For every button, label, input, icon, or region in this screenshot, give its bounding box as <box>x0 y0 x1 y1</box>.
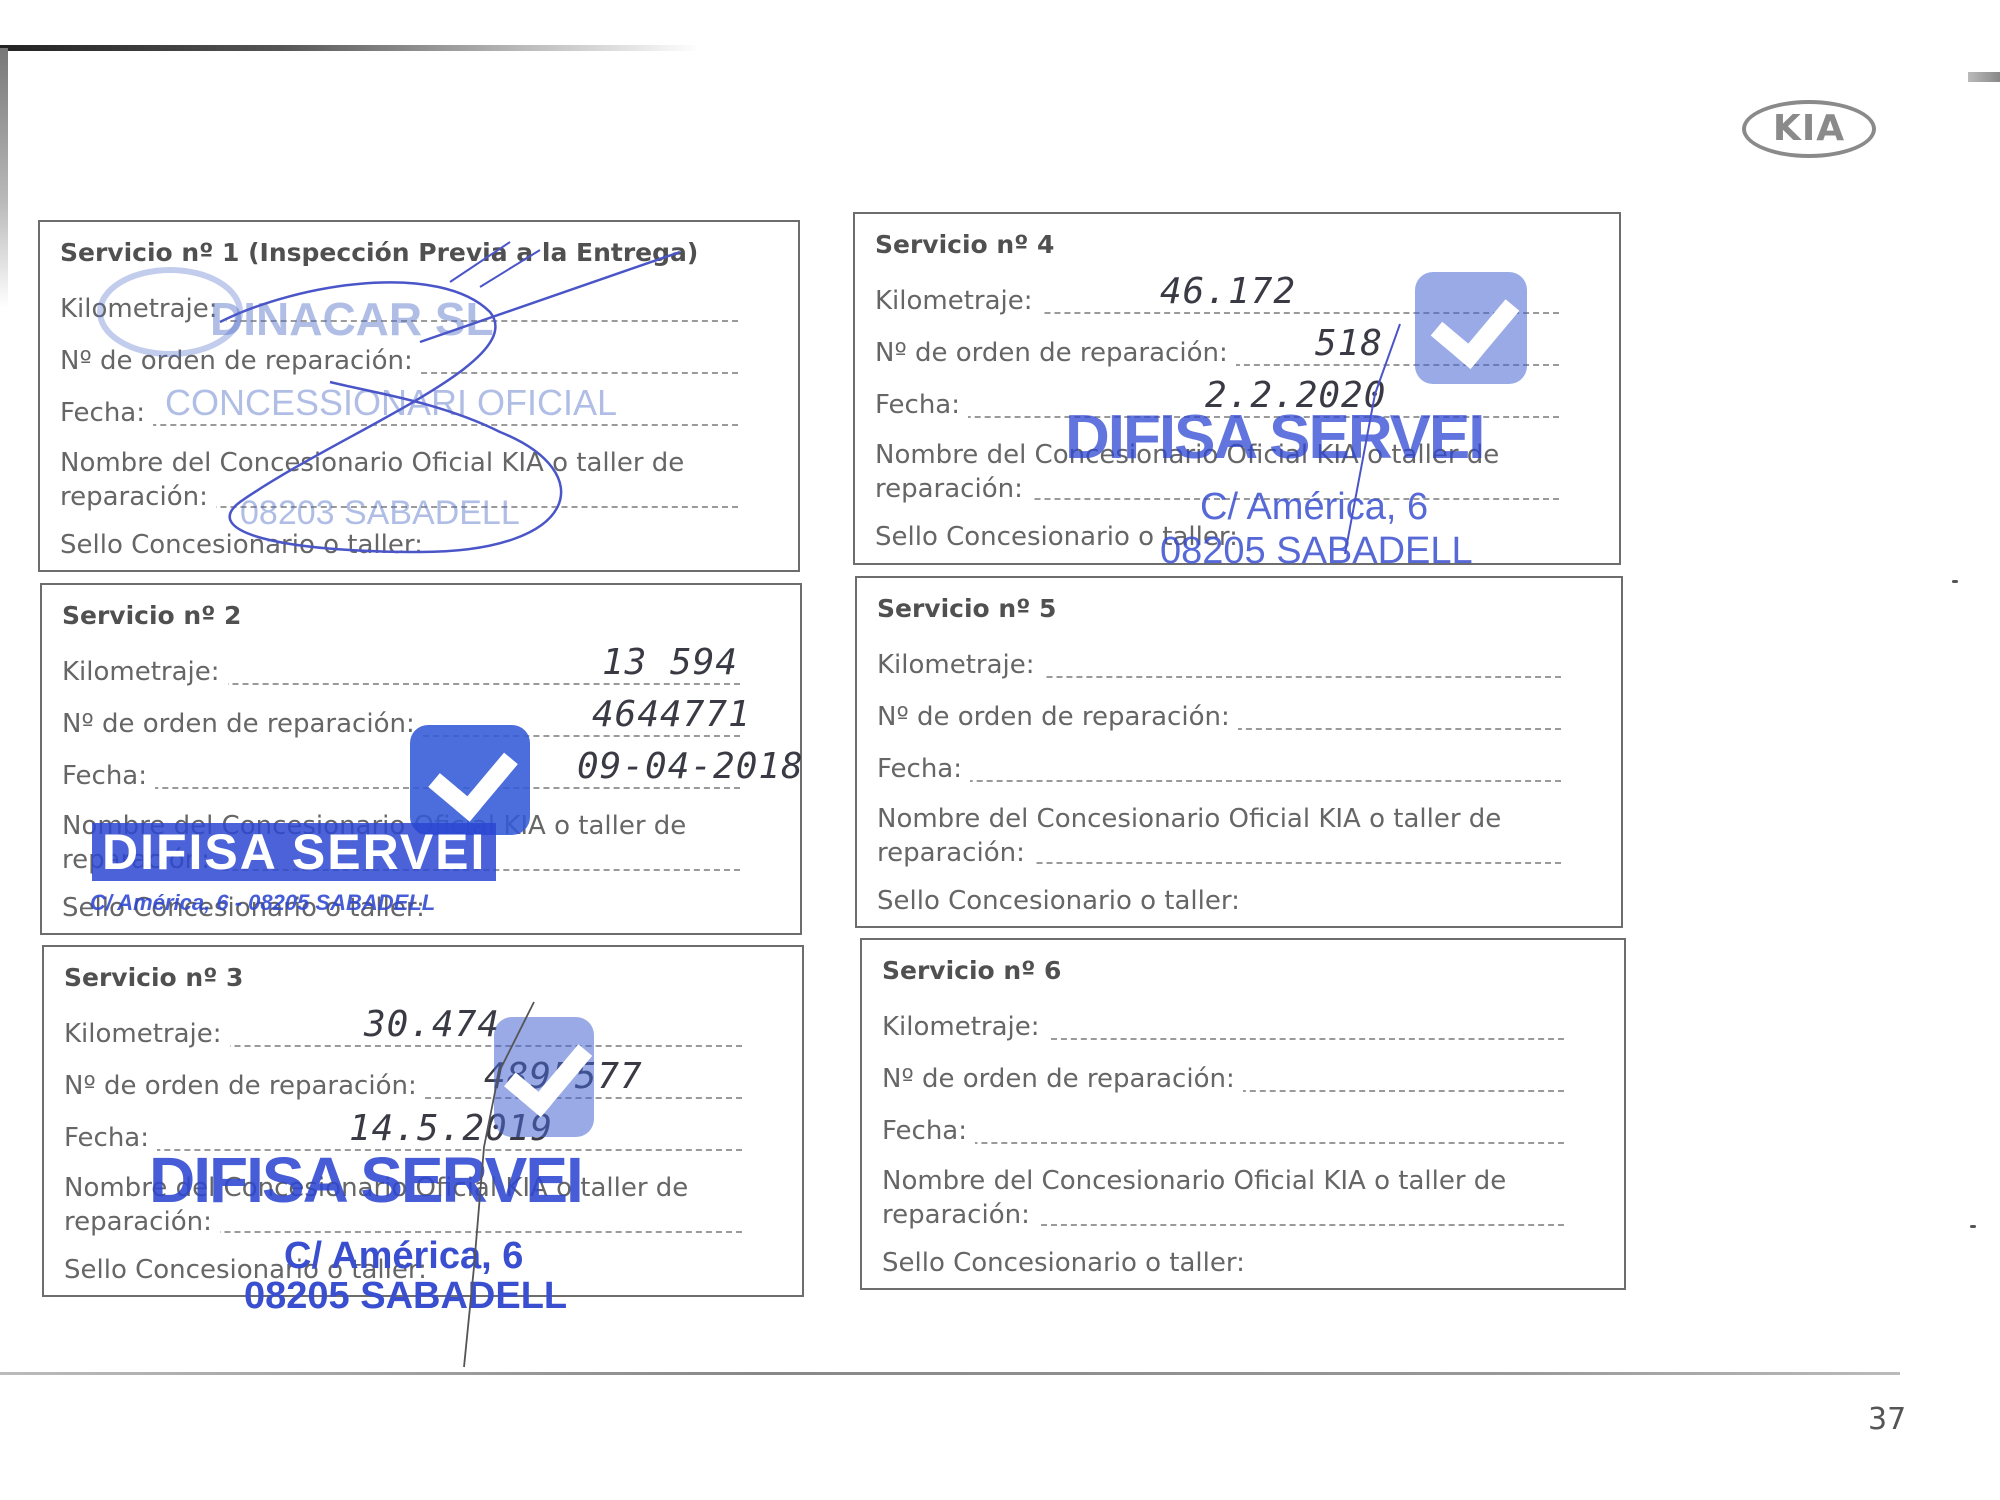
nombre-label: Nombre del Concesionario Oficial KIA o t… <box>877 804 1501 834</box>
service-title: Servicio nº 1 (Inspección Previa a la En… <box>60 238 698 267</box>
fecha-label: Fecha: <box>882 1116 975 1146</box>
nombre-field[interactable]: Nombre del Concesionario Oficial KIA o t… <box>882 1166 1564 1232</box>
nombre-label-cont: reparación: <box>882 1200 1038 1230</box>
fecha-label: Fecha: <box>877 754 970 784</box>
nombre-label: Nombre del Concesionario Oficial KIA o t… <box>60 448 684 478</box>
kilometraje-label: Kilometraje: <box>875 286 1041 316</box>
dealer-stamp-city: 08205 SABADELL <box>1160 530 1473 573</box>
dealer-stamp-address: C/ América, 6 - 08205 SABADELL <box>90 890 435 916</box>
fecha-field[interactable]: Fecha: 09-04-2018 <box>62 759 740 793</box>
service-card-3: Servicio nº 3 Kilometraje: 30.474 Nº de … <box>42 945 804 1297</box>
checkmark-stamp-icon <box>1415 272 1527 384</box>
service-card-4: Servicio nº 4 Kilometraje: 46.172 Nº de … <box>853 212 1621 565</box>
kia-logo-text: KIA <box>1773 111 1845 147</box>
service-title: Servicio nº 6 <box>882 956 1061 985</box>
fecha-label: Fecha: <box>64 1123 157 1153</box>
kilometraje-value: 30.474 <box>364 1004 500 1045</box>
kilometraje-value: 13 594 <box>602 642 738 683</box>
dealer-stamp-name: DINACAR SL <box>210 292 494 346</box>
scan-edge-shadow-left <box>0 48 8 308</box>
scan-edge-shadow-top <box>0 45 700 51</box>
kilometraje-label: Kilometraje: <box>877 650 1043 680</box>
service-card-5: Servicio nº 5 Kilometraje: Nº de orden d… <box>855 576 1623 928</box>
dealer-stamp-name: DIFISA SERVEI <box>92 823 496 881</box>
orden-field[interactable]: Nº de orden de reparación: 4644771 <box>62 707 740 741</box>
orden-field[interactable]: Nº de orden de reparación: <box>882 1062 1564 1096</box>
checkmark-stamp-icon <box>410 725 530 835</box>
dealer-stamp-city: 08205 SABADELL <box>244 1275 567 1318</box>
orden-label: Nº de orden de reparación: <box>875 338 1236 368</box>
orden-label: Nº de orden de reparación: <box>877 702 1238 732</box>
kilometraje-field[interactable]: Kilometraje: <box>877 648 1561 682</box>
service-title: Servicio nº 4 <box>875 230 1054 259</box>
orden-value: 518 <box>1315 323 1383 364</box>
service-card-2: Servicio nº 2 Kilometraje: 13 594 Nº de … <box>40 583 802 935</box>
kilometraje-label: Kilometraje: <box>64 1019 230 1049</box>
service-title: Servicio nº 5 <box>877 594 1056 623</box>
service-title: Servicio nº 3 <box>64 963 243 992</box>
nombre-label: Nombre del Concesionario Oficial KIA o t… <box>882 1166 1506 1196</box>
orden-field[interactable]: Nº de orden de reparación: 4895577 <box>64 1069 742 1103</box>
kilometraje-field[interactable]: Kilometraje: 13 594 <box>62 655 740 689</box>
fill-line <box>60 424 738 426</box>
service-title: Servicio nº 2 <box>62 601 241 630</box>
kilometraje-label: Kilometraje: <box>882 1012 1048 1042</box>
kilometraje-label: Kilometraje: <box>62 657 228 687</box>
checkmark-stamp-icon <box>494 1017 594 1137</box>
scan-speck <box>1970 1225 1976 1228</box>
orden-label: Nº de orden de reparación: <box>882 1064 1243 1094</box>
nombre-label-cont: reparación: <box>875 474 1031 504</box>
kilometraje-field[interactable]: Kilometraje: <box>882 1010 1564 1044</box>
dealer-stamp-name: DIFISA SERVEI <box>149 1143 582 1217</box>
footer-rule <box>0 1372 1900 1375</box>
orden-field[interactable]: Nº de orden de reparación: <box>877 700 1561 734</box>
kilometraje-field[interactable]: Kilometraje: 30.474 <box>64 1017 742 1051</box>
fecha-label: Fecha: <box>875 390 968 420</box>
nombre-label-cont: reparación: <box>60 482 216 512</box>
orden-label: Nº de orden de reparación: <box>64 1071 425 1101</box>
nombre-label-cont: reparación: <box>877 838 1033 868</box>
kilometraje-label: Kilometraje: <box>60 294 226 324</box>
fecha-label: Fecha: <box>62 761 155 791</box>
sello-label: Sello Concesionario o taller: <box>60 530 423 560</box>
fecha-field[interactable]: Fecha: <box>882 1114 1564 1148</box>
dealer-stamp-subtitle: CONCESSIONARI OFICIAL <box>165 382 617 424</box>
nombre-field[interactable]: Nombre del Concesionario Oficial KIA o t… <box>877 804 1561 870</box>
fill-line <box>62 787 740 789</box>
fecha-label: Fecha: <box>60 398 153 428</box>
sello-label: Sello Concesionario o taller: <box>882 1248 1245 1278</box>
fill-line <box>877 780 1561 782</box>
service-card-1: Servicio nº 1 (Inspección Previa a la En… <box>38 220 800 572</box>
fill-line <box>882 1142 1564 1144</box>
scan-speck <box>1952 580 1958 583</box>
dealer-stamp-street: C/ América, 6 <box>284 1235 523 1278</box>
fecha-field[interactable]: Fecha: <box>877 752 1561 786</box>
page-number: 37 <box>1868 1402 1906 1437</box>
fecha-value: 09-04-2018 <box>577 746 804 787</box>
dealer-stamp-name: DIFISA SERVEI <box>1065 402 1483 473</box>
dealer-stamp-address: 08203 SABADELL <box>240 494 520 533</box>
dealer-stamp-street: C/ América, 6 <box>1200 486 1428 529</box>
scan-edge-mark-right <box>1968 72 2000 82</box>
orden-field[interactable]: Nº de orden de reparación: <box>60 344 738 378</box>
sello-label: Sello Concesionario o taller: <box>877 886 1240 916</box>
kilometraje-value: 46.172 <box>1160 271 1296 312</box>
kia-logo: KIA <box>1742 100 1876 158</box>
service-card-6: Servicio nº 6 Kilometraje: Nº de orden d… <box>860 938 1626 1290</box>
orden-value: 4644771 <box>592 694 751 735</box>
orden-label: Nº de orden de reparación: <box>60 346 421 376</box>
orden-label: Nº de orden de reparación: <box>62 709 423 739</box>
